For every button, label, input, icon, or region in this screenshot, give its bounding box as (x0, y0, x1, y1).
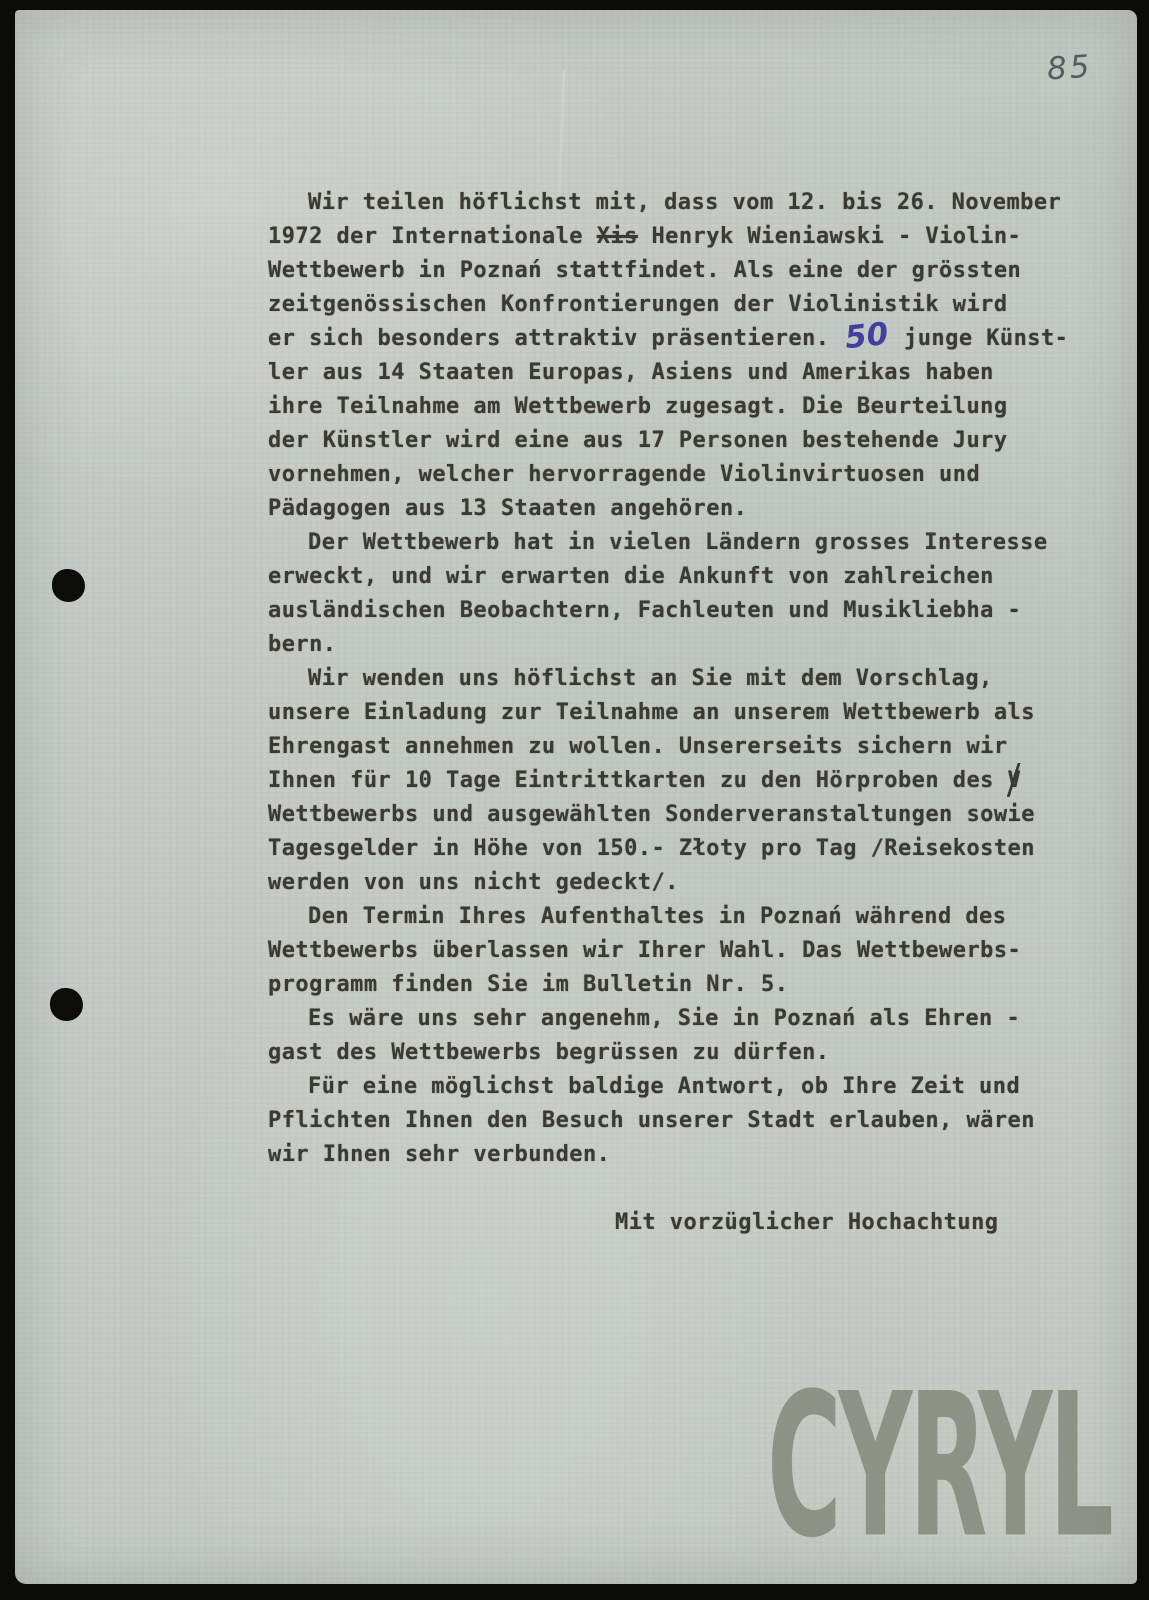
punch-hole-top (52, 569, 85, 602)
typewritten-text: Henryk Wieniawski - Violin- (638, 224, 1021, 249)
overstruck-character: V (1008, 764, 1022, 798)
typewritten-text: Es wäre uns sehr angenehm, Sie in Poznań… (308, 1006, 1020, 1031)
typewritten-text: Wettbewerbs überlassen wir Ihrer Wahl. D… (268, 938, 1021, 963)
typewritten-text: er sich besonders attraktiv präsentieren… (268, 326, 843, 351)
paragraph: Es wäre uns sehr angenehm, Sie in Poznań… (268, 1002, 1088, 1070)
letter-line: Wettbewerb in Poznań stattfindet. Als ei… (268, 254, 1088, 288)
typewritten-text: wir Ihnen sehr verbunden. (268, 1142, 610, 1167)
typewritten-text: ausländischen Beobachtern, Fachleuten un… (268, 598, 1021, 623)
letter-line: er sich besonders attraktiv präsentieren… (268, 322, 1088, 356)
letter-line: der Künstler wird eine aus 17 Personen b… (268, 424, 1088, 458)
typewritten-text: junge Künst- (890, 326, 1068, 351)
typewritten-text: ihre Teilnahme am Wettbewerb zugesagt. D… (268, 394, 1008, 419)
typewritten-text: vornehmen, welcher hervorragende Violinv… (268, 462, 980, 487)
typewritten-text: gast des Wettbewerbs begrüssen zu dürfen… (268, 1040, 830, 1065)
letter-line: Pädagogen aus 13 Staaten angehören. (268, 492, 1088, 526)
letter-line: Pflichten Ihnen den Besuch unserer Stadt… (268, 1104, 1088, 1138)
typewritten-text: 1972 der Internationale (268, 224, 597, 249)
typewritten-text: werden von uns nicht gedeckt/. (268, 870, 679, 895)
typewritten-text: Ehrengast annehmen zu wollen. Unserersei… (268, 734, 1008, 759)
typewritten-text: Für eine möglichst baldige Antwort, ob I… (308, 1074, 1020, 1099)
handwritten-number: 50 (845, 334, 888, 339)
typewritten-text: unsere Einladung zur Teilnahme an unsere… (268, 700, 1035, 725)
typewritten-text: Den Termin Ihres Aufenthaltes in Poznań … (308, 904, 1006, 929)
typewritten-text: programm finden Sie im Bulletin Nr. 5. (268, 972, 788, 997)
typewritten-text: bern. (268, 632, 336, 657)
typewritten-text: Wir teilen höflichst mit, dass vom 12. b… (308, 190, 1061, 215)
letter-line: Wettbewerbs überlassen wir Ihrer Wahl. D… (268, 934, 1088, 968)
letter-line: wir Ihnen sehr verbunden. (268, 1138, 1088, 1172)
typewritten-text: Pädagogen aus 13 Staaten angehören. (268, 496, 747, 521)
paragraph: Wir wenden uns höflichst an Sie mit dem … (268, 662, 1088, 900)
letter-line: Ihnen für 10 Tage Eintrittkarten zu den … (268, 764, 1088, 798)
letter-line: Der Wettbewerb hat in vielen Ländern gro… (268, 526, 1088, 560)
letter-line: Es wäre uns sehr angenehm, Sie in Poznań… (268, 1002, 1088, 1036)
letter-body: Wir teilen höflichst mit, dass vom 12. b… (268, 186, 1088, 1172)
typewritten-text: Der Wettbewerb hat in vielen Ländern gro… (308, 530, 1048, 555)
typewritten-text: Wir wenden uns höflichst an Sie mit dem … (308, 666, 993, 691)
paragraph: Den Termin Ihres Aufenthaltes in Poznań … (268, 900, 1088, 1002)
typewritten-text: der Künstler wird eine aus 17 Personen b… (268, 428, 1008, 453)
letter-line: werden von uns nicht gedeckt/. (268, 866, 1088, 900)
letter-line: ihre Teilnahme am Wettbewerb zugesagt. D… (268, 390, 1088, 424)
letter-line: vornehmen, welcher hervorragende Violinv… (268, 458, 1088, 492)
letter-line: erweckt, und wir erwarten die Ankunft vo… (268, 560, 1088, 594)
letter-line: Tagesgelder in Höhe von 150.- Złoty pro … (268, 832, 1088, 866)
letter-line: gast des Wettbewerbs begrüssen zu dürfen… (268, 1036, 1088, 1070)
paragraph: Der Wettbewerb hat in vielen Ländern gro… (268, 526, 1088, 662)
typewritten-text: Wettbewerbs und ausgewählten Sonderveran… (268, 802, 1035, 827)
typewritten-text: Wettbewerb in Poznań stattfindet. Als ei… (268, 258, 1021, 283)
letter-line: unsere Einladung zur Teilnahme an unsere… (268, 696, 1088, 730)
letter-line: ausländischen Beobachtern, Fachleuten un… (268, 594, 1088, 628)
letter-line: zeitgenössischen Konfrontierungen der Vi… (268, 288, 1088, 322)
letter-line: Ehrengast annehmen zu wollen. Unserersei… (268, 730, 1088, 764)
paragraph: Für eine möglichst baldige Antwort, ob I… (268, 1070, 1088, 1172)
typewritten-text: ler aus 14 Staaten Europas, Asiens und A… (268, 360, 994, 385)
document-page: 85 Wir teilen höflichst mit, dass vom 12… (15, 10, 1137, 1584)
typewritten-text: zeitgenössischen Konfrontierungen der Vi… (268, 292, 1008, 317)
letter-line: Wir teilen höflichst mit, dass vom 12. b… (268, 186, 1088, 220)
letter-line: Für eine möglichst baldige Antwort, ob I… (268, 1070, 1088, 1104)
cyryl-watermark: CYRYL (767, 1368, 1111, 1566)
paragraph: Wir teilen höflichst mit, dass vom 12. b… (268, 186, 1088, 526)
typewritten-text: Pflichten Ihnen den Besuch unserer Stadt… (268, 1108, 1035, 1133)
letter-line: bern. (268, 628, 1088, 662)
struck-text: Xis (597, 224, 638, 249)
typewritten-text: erweckt, und wir erwarten die Ankunft vo… (268, 564, 994, 589)
letter-line: Den Termin Ihres Aufenthaltes in Poznań … (268, 900, 1088, 934)
letter-line: 1972 der Internationale Xis Henryk Wieni… (268, 220, 1088, 254)
scan-background: 85 Wir teilen höflichst mit, dass vom 12… (0, 0, 1149, 1600)
letter-line: programm finden Sie im Bulletin Nr. 5. (268, 968, 1088, 1002)
letter-line: Wettbewerbs und ausgewählten Sonderveran… (268, 798, 1088, 832)
punch-hole-bottom (50, 988, 83, 1021)
closing-salutation: Mit vorzüglicher Hochachtung (615, 1206, 998, 1240)
letter-line: Wir wenden uns höflichst an Sie mit dem … (268, 662, 1088, 696)
typewritten-text: Tagesgelder in Höhe von 150.- Złoty pro … (268, 836, 1035, 861)
typewritten-text: Ihnen für 10 Tage Eintrittkarten zu den … (268, 768, 1008, 793)
letter-line: ler aus 14 Staaten Europas, Asiens und A… (268, 356, 1088, 390)
page-number: 85 (1046, 48, 1094, 87)
